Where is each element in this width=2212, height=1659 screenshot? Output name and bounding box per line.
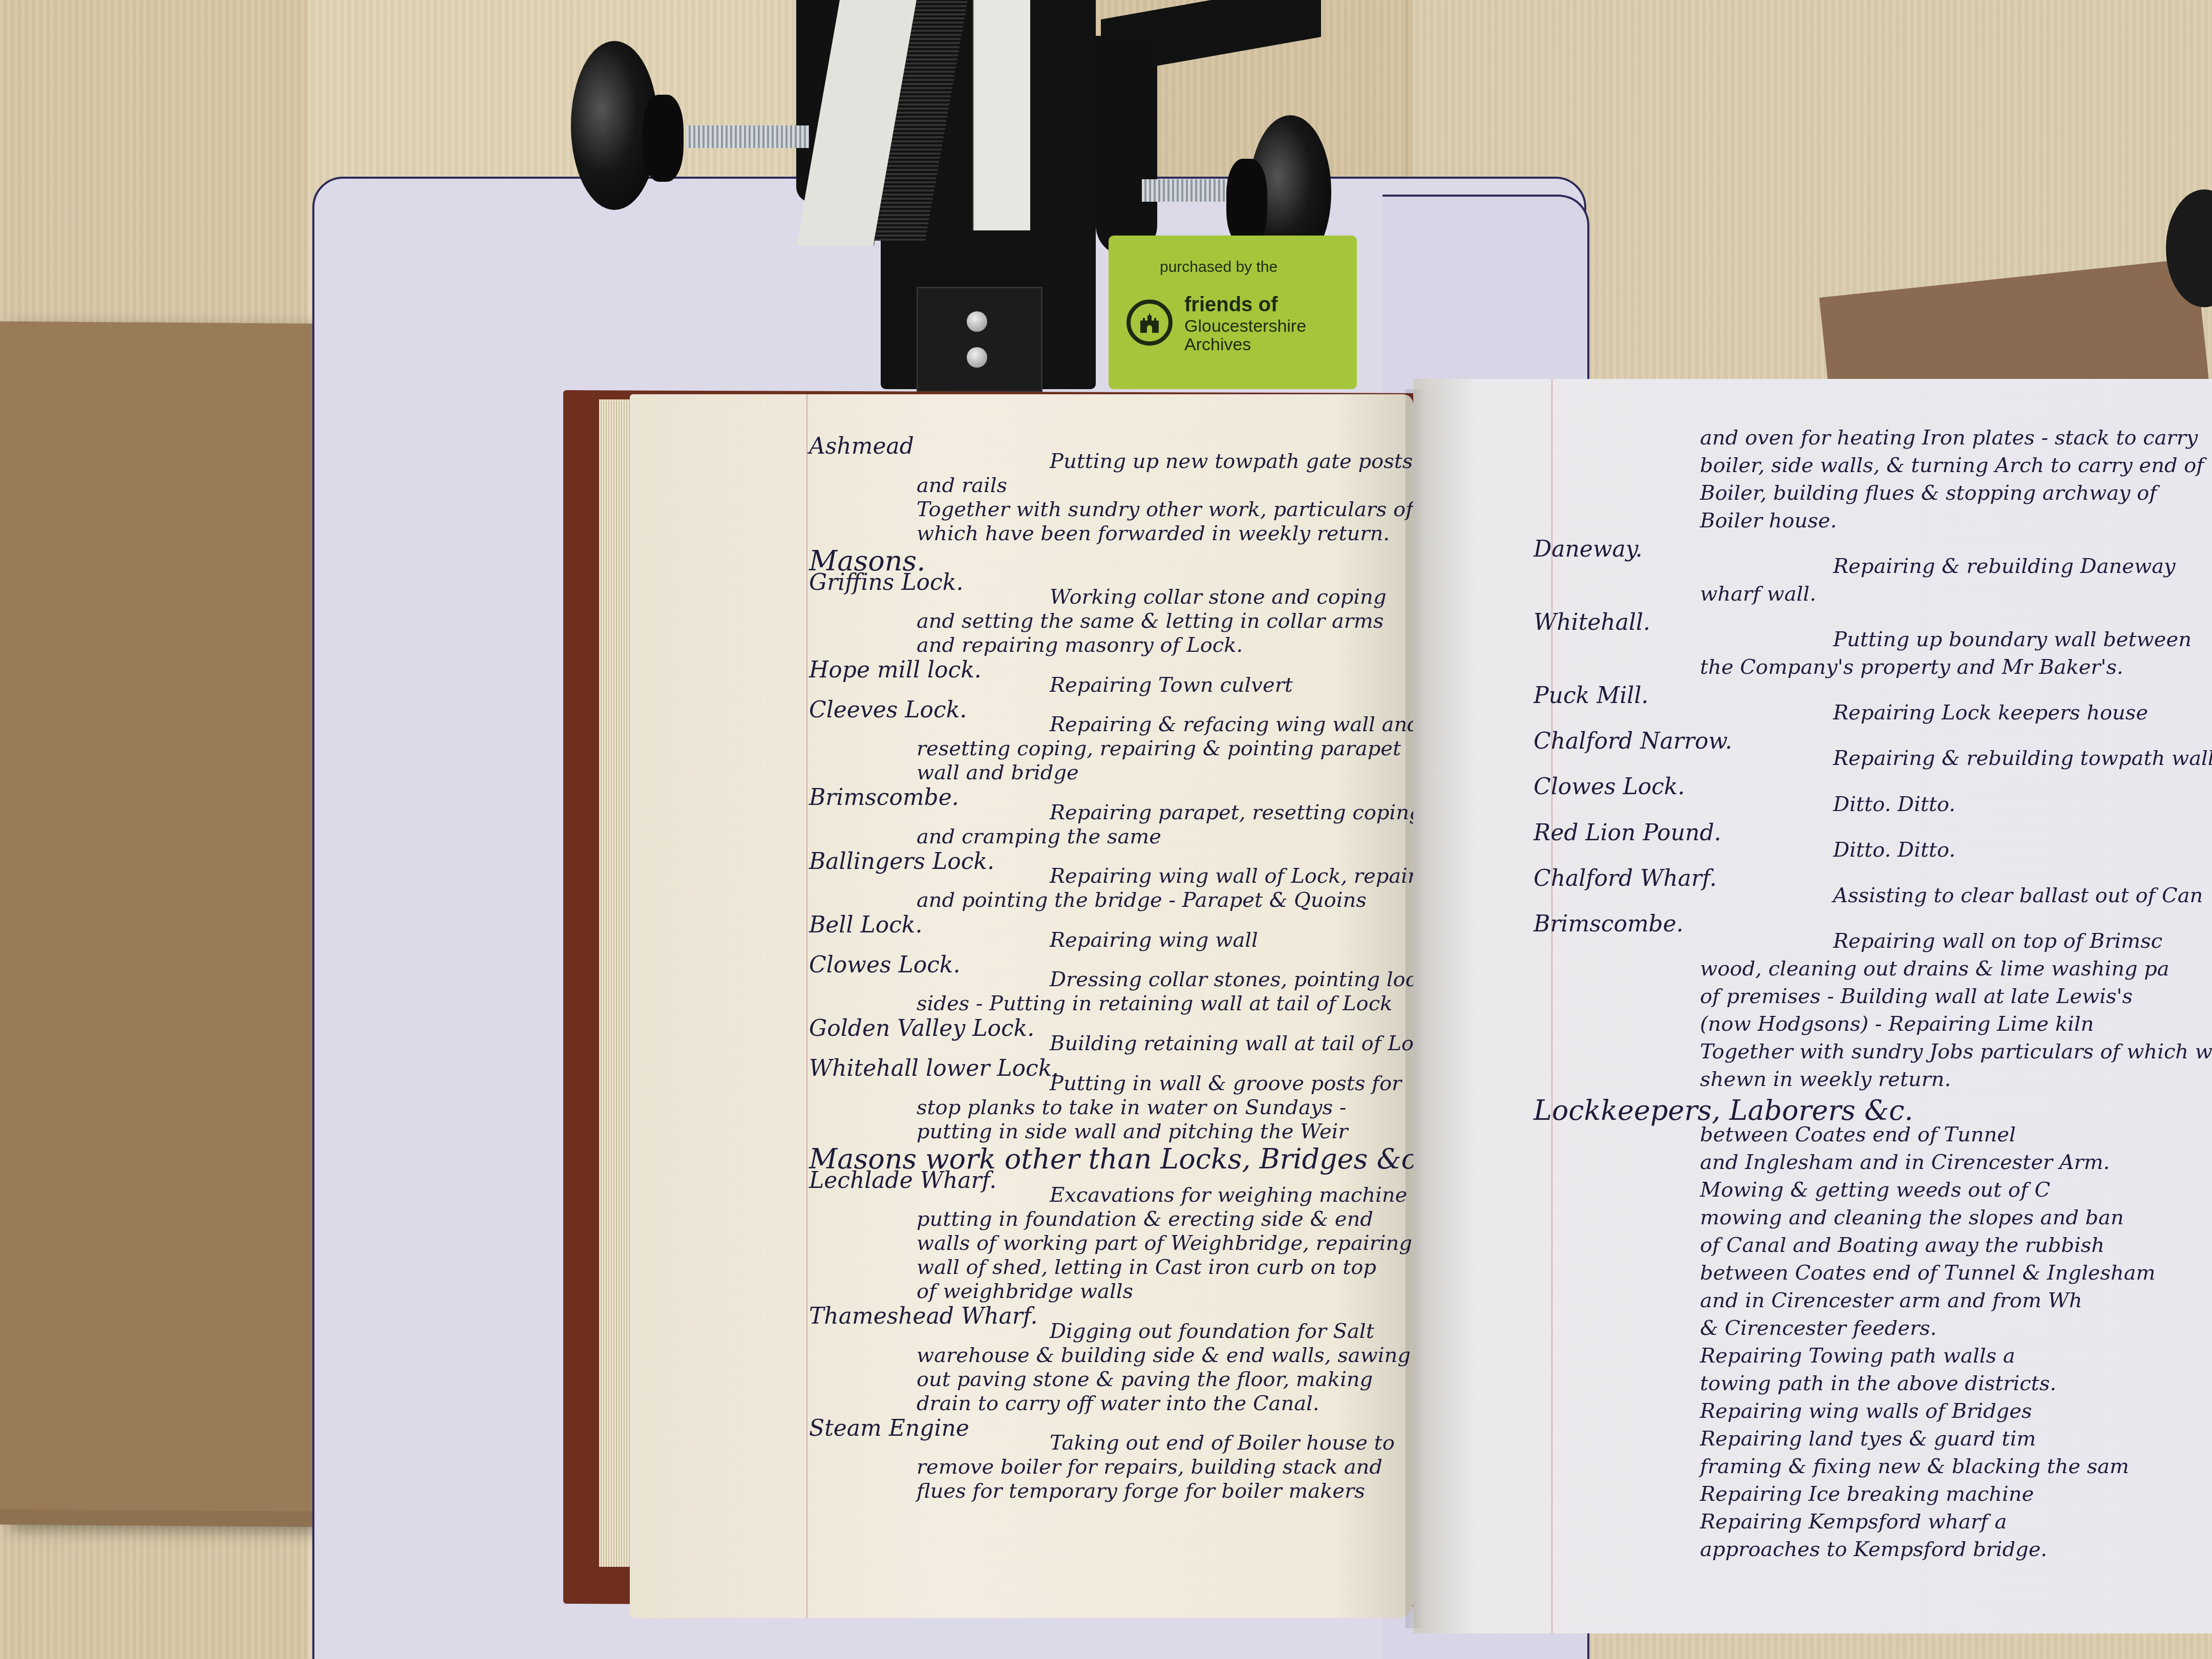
entry-line: Assisting to clear ballast out of Can	[1833, 885, 2203, 906]
entry-line: towing path in the above districts.	[1700, 1373, 2056, 1394]
location-name: Clowes Lock.	[809, 954, 961, 976]
entry-line: flues for temporary forge for boiler mak…	[917, 1481, 1365, 1501]
margin-rule	[806, 394, 807, 1618]
entry-line: between Coates end of Tunnel & Inglesham	[1700, 1263, 2155, 1283]
entry-line: and Inglesham and in Cirencester Arm.	[1700, 1152, 2110, 1173]
location-name: Bell Lock.	[809, 914, 923, 937]
entry-line: Boiler, building flues & stopping archwa…	[1700, 483, 2157, 503]
entry-line: & Cirencester feeders.	[1700, 1318, 1937, 1338]
entry-line: Putting up new towpath gate posts	[1050, 451, 1413, 472]
entry-line: Together with sundry other work, particu…	[917, 499, 1413, 520]
entry-line: Repairing wing walls of Bridges	[1700, 1401, 2032, 1421]
location-name: Whitehall lower Lock.	[809, 1057, 1059, 1080]
book-gutter	[1406, 389, 1426, 1628]
location-name: Daneway.	[1534, 538, 1643, 561]
friends-of-gloucestershire-archives-label: purchased by the friends of Gloucestersh…	[1109, 236, 1357, 389]
entry-line: wood, cleaning out drains & lime washing…	[1700, 959, 2170, 979]
entry-line: sides - Putting in retaining wall at tai…	[917, 993, 1392, 1014]
location-name: Thameshead Wharf.	[809, 1305, 1038, 1328]
location-name: Ashmead	[809, 435, 914, 458]
entry-line: and repairing masonry of Lock.	[917, 635, 1243, 655]
entry-line: Repairing Lock keepers house	[1833, 703, 2148, 723]
entry-line: (now Hodgsons) - Repairing Lime kiln	[1700, 1014, 2094, 1034]
entry-line: putting in foundation & erecting side & …	[917, 1209, 1373, 1229]
entry-line: Building retaining wall at tail of Lock	[1050, 1033, 1413, 1054]
entry-line: boiler, side walls, & turning Arch to ca…	[1700, 455, 2204, 476]
entry-line: of Canal and Boating away the rubbish	[1700, 1235, 2104, 1256]
location-name: Cleeves Lock.	[809, 699, 967, 721]
knob-collar	[643, 95, 684, 182]
section-heading: Lockkeepers, Laborers &c.	[1534, 1097, 1913, 1124]
stand-rail	[973, 0, 1030, 230]
entry-line: resetting coping, repairing & pointing p…	[917, 738, 1401, 759]
entry-line: Working collar stone and coping	[1050, 587, 1386, 607]
location-name: Griffins Lock.	[809, 571, 963, 594]
entry-line: warehouse & building side & end walls, s…	[917, 1345, 1411, 1366]
entry-line: putting in side wall and pitching the We…	[917, 1121, 1348, 1142]
entry-line: Repairing & rebuilding towpath wall	[1833, 748, 2212, 769]
entry-line: mowing and cleaning the slopes and ban	[1700, 1207, 2124, 1228]
entry-line: and setting the same & letting in collar…	[917, 611, 1384, 631]
entry-line: Repairing parapet, resetting coping	[1050, 802, 1413, 823]
location-name: Lechlade Wharf.	[809, 1169, 996, 1192]
entry-line: Repairing wing wall	[1050, 930, 1258, 950]
entry-line: Repairing Ice breaking machine	[1700, 1484, 2034, 1504]
entry-line: Digging out foundation for Salt	[1050, 1321, 1374, 1342]
location-name: Brimscombe.	[1534, 913, 1684, 935]
label-archives: Archives	[1184, 336, 1306, 354]
entry-line: Repairing Towing path walls a	[1700, 1346, 2015, 1366]
entry-line: Putting up boundary wall between	[1833, 629, 2192, 650]
location-name: Clowes Lock.	[1534, 776, 1685, 798]
entry-line: Repairing wing wall of Lock, repairing	[1050, 866, 1413, 886]
entry-line: wall and bridge	[917, 762, 1079, 783]
entry-line: and oven for heating Iron plates - stack…	[1700, 428, 2198, 448]
entry-line: Mowing & getting weeds out of C	[1700, 1180, 2050, 1200]
location-name: Whitehall.	[1534, 611, 1650, 634]
entry-line: of premises - Building wall at late Lewi…	[1700, 986, 2133, 1007]
clamp-arm-right	[1096, 36, 1157, 256]
entry-line: Repairing Town culvert	[1050, 675, 1293, 695]
entry-line: Repairing Kempsford wharf a	[1700, 1512, 2007, 1532]
entry-line: Repairing wall on top of Brimsc	[1833, 931, 2162, 951]
entry-line: the Company's property and Mr Baker's.	[1700, 657, 2123, 677]
location-name: Chalford Wharf.	[1534, 867, 1717, 890]
location-name: Hope mill lock.	[809, 659, 982, 682]
right-page: and oven for heating Iron plates - stack…	[1413, 379, 2212, 1633]
stand-bracket	[917, 287, 1043, 392]
location-name: Ballingers Lock.	[809, 850, 994, 873]
entry-line: Together with sundry Jobs particulars of…	[1700, 1041, 2212, 1062]
archive-box	[0, 322, 353, 1527]
entry-line: and rails	[917, 475, 1007, 496]
entry-line: Repairing & rebuilding Daneway	[1833, 556, 2176, 577]
entry-line: Excavations for weighing machine	[1050, 1185, 1407, 1205]
entry-line: which have been forwarded in weekly retu…	[917, 523, 1390, 544]
entry-line: out paving stone & paving the floor, mak…	[917, 1369, 1373, 1390]
location-name: Red Lion Pound.	[1534, 822, 1721, 844]
entry-line: Repairing land tyes & guard tim	[1700, 1429, 2036, 1449]
entry-line: approaches to Kempsford bridge.	[1700, 1539, 2047, 1560]
location-name: Chalford Narrow.	[1534, 730, 1732, 753]
location-name: Puck Mill.	[1534, 685, 1649, 707]
entry-line: and pointing the bridge - Parapet & Quoi…	[917, 890, 1367, 910]
label-purchased-by: purchased by the	[1160, 259, 1278, 276]
entry-line: walls of working part of Weighbridge, re…	[917, 1233, 1412, 1253]
location-name: Golden Valley Lock.	[809, 1017, 1034, 1040]
screw-icon	[967, 347, 987, 368]
entry-line: Dressing collar stones, pointing lock	[1050, 969, 1413, 990]
knob-collar	[1226, 159, 1267, 246]
entry-line: wharf wall.	[1700, 584, 1816, 604]
entry-line: Ditto. Ditto.	[1833, 840, 1955, 860]
screw-icon	[967, 311, 987, 332]
label-friends-of: friends of	[1184, 294, 1278, 315]
entry-line: Boiler house.	[1700, 511, 1837, 531]
label-gloucestershire: Gloucestershire	[1184, 317, 1306, 336]
entry-line: drain to carry off water into the Canal.	[917, 1393, 1320, 1414]
label-organisation: Gloucestershire Archives	[1184, 317, 1306, 354]
location-name: Steam Engine	[809, 1417, 969, 1440]
entry-line: Ditto. Ditto.	[1833, 794, 1955, 815]
threaded-rod-left	[686, 125, 809, 148]
castle-icon	[1126, 300, 1173, 346]
entry-line: Taking out end of Boiler house to	[1050, 1433, 1395, 1453]
entry-line: remove boiler for repairs, building stac…	[917, 1457, 1382, 1477]
left-page: AshmeadPutting up new towpath gate posts…	[630, 394, 1413, 1618]
entry-line: Repairing & refacing wing wall and	[1050, 714, 1413, 735]
entry-line: and in Cirencester arm and from Wh	[1700, 1290, 2082, 1311]
entry-line: and cramping the same	[917, 826, 1161, 847]
margin-rule	[1551, 379, 1552, 1633]
entry-line: Putting in wall & groove posts for	[1050, 1073, 1401, 1094]
location-name: Brimscombe.	[809, 786, 959, 809]
entry-line: wall of shed, letting in Cast iron curb …	[917, 1257, 1376, 1278]
entry-line: shewn in weekly return.	[1700, 1069, 1951, 1090]
entry-line: of weighbridge walls	[917, 1281, 1133, 1302]
entry-line: between Coates end of Tunnel	[1700, 1124, 2016, 1145]
entry-line: framing & fixing new & blacking the sam	[1700, 1456, 2129, 1477]
entry-line: stop planks to take in water on Sundays …	[917, 1097, 1346, 1118]
